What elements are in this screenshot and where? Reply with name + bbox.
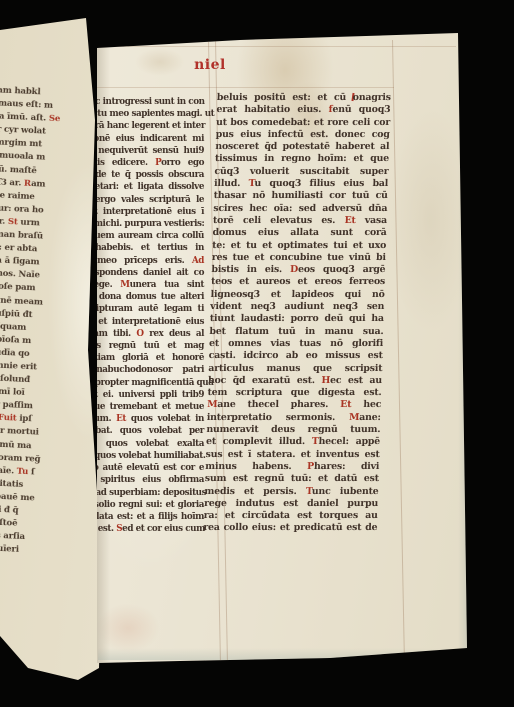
text-line: teos et aureos et ereos ferreos xyxy=(211,276,385,288)
text-line: et omnes vias tuas nō glorifi xyxy=(209,338,383,350)
text-line: illud. Tu quoq3 filius eius bal xyxy=(214,178,388,190)
text-line: scires hec oīa: sed adversū dn̄a xyxy=(213,203,387,215)
text-line: domus eius allata sunt corā xyxy=(212,227,386,239)
rubric-initial: M xyxy=(349,412,360,423)
rubric-initial: Ad xyxy=(192,256,204,266)
rubric-initial: H xyxy=(321,375,330,386)
text-line: articulus manus que scripsit xyxy=(208,363,382,375)
text-line: erat habitatio eius. fenū quoq3 xyxy=(216,104,390,116)
text-line: minus habens. Phares: divi xyxy=(205,461,379,473)
manuscript-photo: Nam habklmmaus eſt: miſta īmū. aſt. Semr… xyxy=(0,0,514,707)
rubric-initial: T xyxy=(306,486,312,497)
text-line: beluis positū est: et cū onagris xyxy=(217,92,391,104)
text-line: ra: et circūdata est torques au xyxy=(203,510,377,522)
text-line: sus est ī statera. et inventus est xyxy=(205,449,379,461)
text-column-right: beluis positū est: et cū onagriserat hab… xyxy=(203,92,391,535)
text-line: sum est regnū tuū: et datū est xyxy=(205,473,379,485)
text-line: ut bos comedebat: et rore celi cor xyxy=(216,117,390,129)
text-line: te: et tu et optimates tui et uxo xyxy=(212,240,386,252)
ruling-line xyxy=(62,87,394,88)
text-line: medis et persis. Tunc iubente xyxy=(204,486,378,498)
verso-text-fragment: notas uīeri xyxy=(0,542,53,559)
rubric-initial: D xyxy=(290,264,298,275)
text-line: bistis in eis. Deos quoq3 argē xyxy=(211,264,385,276)
rubric-initial: Et xyxy=(116,414,126,424)
rubric-initial: P xyxy=(155,158,161,168)
text-line: interpretatio sermonis. Mane: xyxy=(207,412,381,424)
text-line: ligneosq3 et lapideos qui nō xyxy=(210,289,384,301)
text-line: tem scriptura que digesta est. xyxy=(207,387,381,399)
text-line: rege indutus est daniel purpu xyxy=(204,498,378,510)
text-line: nosceret q̄d potestatē haberet al xyxy=(215,141,389,153)
verso-text-fragments: Nam habklmmaus eſt: miſta īmū. aſt. Semr… xyxy=(0,84,74,559)
rubric-initial: Tu xyxy=(17,466,29,477)
rubric-initial: Se xyxy=(49,114,61,125)
text-line: res tue et concubine tue vinū bi xyxy=(212,252,386,264)
rubric-initial: M xyxy=(207,399,218,410)
rubric-initial: St xyxy=(8,217,18,227)
text-line: rea collo eius: et predicatū est de xyxy=(203,522,377,534)
ruling-line xyxy=(100,46,456,47)
rubric-initial: M xyxy=(120,280,129,290)
ruling-line xyxy=(392,40,405,662)
page-bottom-edge xyxy=(98,648,466,660)
rubric-initial: T xyxy=(312,436,319,447)
running-title: niel xyxy=(186,57,234,73)
text-line: Mane thecel phares. Et hec xyxy=(207,399,381,411)
rubric-initial: O xyxy=(136,329,143,339)
text-line: vident neq3 audiunt neq3 sen xyxy=(210,301,384,313)
text-line: et complevit illud. Thecel: appē xyxy=(206,436,380,448)
rubric-initial: P xyxy=(307,461,314,472)
text-line: tiunt laudasti: porro deū qui ha xyxy=(210,313,384,325)
text-line: bet flatum tuū in manu sua. xyxy=(209,326,383,338)
text-line: numeravit deus regnū tuum. xyxy=(206,424,380,436)
text-line: cūq3 voluerit suscitabit super xyxy=(214,166,388,178)
rubric-initial: Et xyxy=(340,399,351,410)
text-line: hoc q̄d exaratū est. Hec est au xyxy=(208,375,382,387)
rubric-initial: Fuit xyxy=(0,413,17,424)
rubric-initial: Et xyxy=(344,215,355,226)
rubric-initial: S xyxy=(116,524,122,534)
rubric-initial: R xyxy=(24,178,32,188)
text-line: thasar nō humiliasti cor tuū cū xyxy=(214,190,388,202)
text-line: pus eius infectū est. donec cog xyxy=(215,129,389,141)
text-line: tissimus in regno hoīm: et que xyxy=(215,153,389,165)
rubric-initial: f xyxy=(328,104,332,115)
text-line: casti. idcirco ab eo missus est xyxy=(208,350,382,362)
rubric-initial: T xyxy=(248,178,254,189)
text-line: torē celi elevatus es. Et vasa xyxy=(213,215,387,227)
